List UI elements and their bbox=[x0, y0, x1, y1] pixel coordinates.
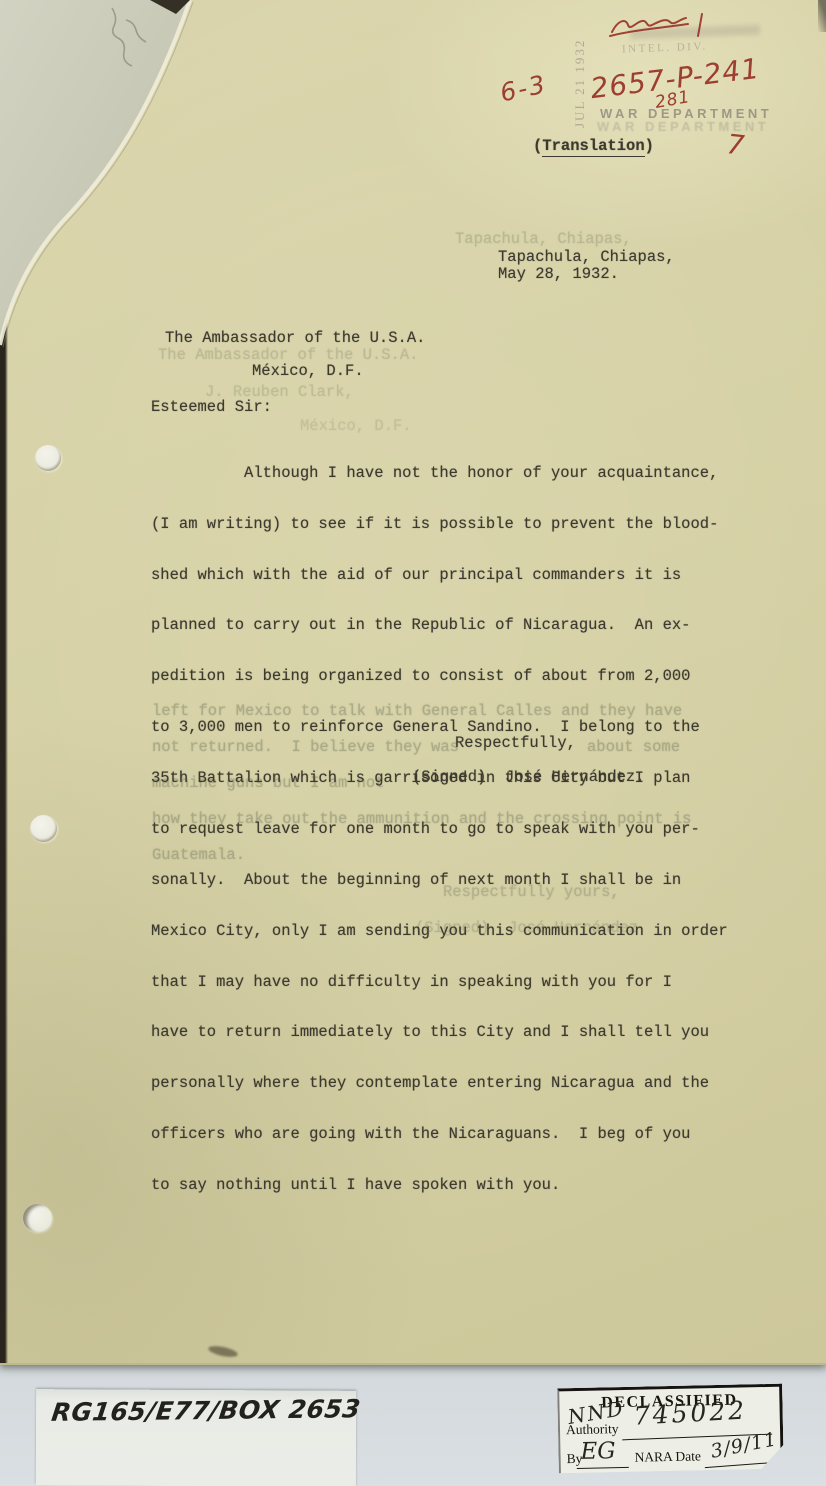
body-line: personally where they contemplate enteri… bbox=[151, 1075, 728, 1092]
red-annotation-page-mark: 7 bbox=[725, 129, 745, 162]
ghost-dateline: Tapachula, Chiapas, bbox=[455, 231, 632, 248]
dateline-place: Tapachula, Chiapas, bbox=[498, 249, 675, 266]
recipient-city: México, D.F. bbox=[252, 363, 364, 380]
nara-date-label: NARA Date bbox=[634, 1448, 701, 1465]
archive-box-card: RG165/E77/BOX 2653 bbox=[36, 1389, 356, 1486]
body-line: to 3,000 men to reinforce General Sandin… bbox=[151, 719, 728, 736]
page-curl-corner bbox=[0, 0, 200, 360]
by-underline bbox=[577, 1467, 629, 1469]
body-line: to say nothing until I have spoken with … bbox=[151, 1177, 728, 1194]
letter-body: Although I have not the honor of your ac… bbox=[151, 431, 728, 1228]
scanner-edge-shadow bbox=[0, 300, 8, 1363]
hole-punch bbox=[35, 445, 61, 471]
body-line: sonally. About the beginning of next mon… bbox=[151, 872, 728, 889]
received-date-stamp: JUL 21 1932 bbox=[572, 32, 588, 128]
body-line: Although I have not the honor of your ac… bbox=[151, 465, 728, 482]
translation-heading: (Translation) bbox=[533, 138, 654, 155]
signature-line: (Signed) José Hernández. bbox=[412, 769, 645, 786]
scanned-document: 6-3 2657-P-241 281 7 INTEL. DIV. JUL 21 … bbox=[0, 0, 826, 1486]
authority-number-handwriting: 745022 bbox=[633, 1395, 748, 1430]
body-line: Mexico City, only I am sending you this … bbox=[151, 923, 728, 940]
declassified-sticker: DECLASSIFIED Authority NND 745022 By EG … bbox=[557, 1384, 784, 1474]
dateline: Tapachula, Chiapas,May 28, 1932. bbox=[498, 249, 675, 283]
body-line: planned to carry out in the Republic of … bbox=[151, 617, 728, 634]
body-line: shed which with the aid of our principal… bbox=[151, 567, 728, 584]
archive-box-label: RG165/E77/BOX 2653 bbox=[50, 1394, 363, 1427]
by-initials-handwriting: EG bbox=[580, 1438, 616, 1465]
body-line: (I am writing) to see if it is possible … bbox=[151, 516, 728, 533]
translation-word: Translation bbox=[542, 137, 644, 157]
paren-open: ( bbox=[533, 137, 542, 155]
hole-punch bbox=[30, 815, 57, 842]
scanner-corner-shadow bbox=[818, 0, 826, 32]
body-line: officers who are going with the Nicaragu… bbox=[151, 1126, 728, 1143]
red-pencil-scribble bbox=[608, 10, 720, 44]
body-line: have to return immediately to this City … bbox=[151, 1024, 728, 1041]
salutation: Esteemed Sir: bbox=[151, 399, 272, 416]
body-line: that I may have no difficulty in speakin… bbox=[151, 974, 728, 991]
closing: Respectfully, bbox=[455, 735, 576, 752]
recipient-line: The Ambassador of the U.S.A. bbox=[165, 330, 425, 347]
date-handwriting: 3/9/11 bbox=[709, 1428, 779, 1463]
paren-close: ) bbox=[645, 137, 654, 155]
body-line: pedition is being organized to consist o… bbox=[151, 668, 728, 685]
body-line: to request leave for one month to go to … bbox=[151, 821, 728, 838]
date-underline bbox=[705, 1462, 773, 1468]
hole-punch bbox=[23, 1204, 52, 1232]
dateline-date: May 28, 1932. bbox=[498, 266, 675, 283]
